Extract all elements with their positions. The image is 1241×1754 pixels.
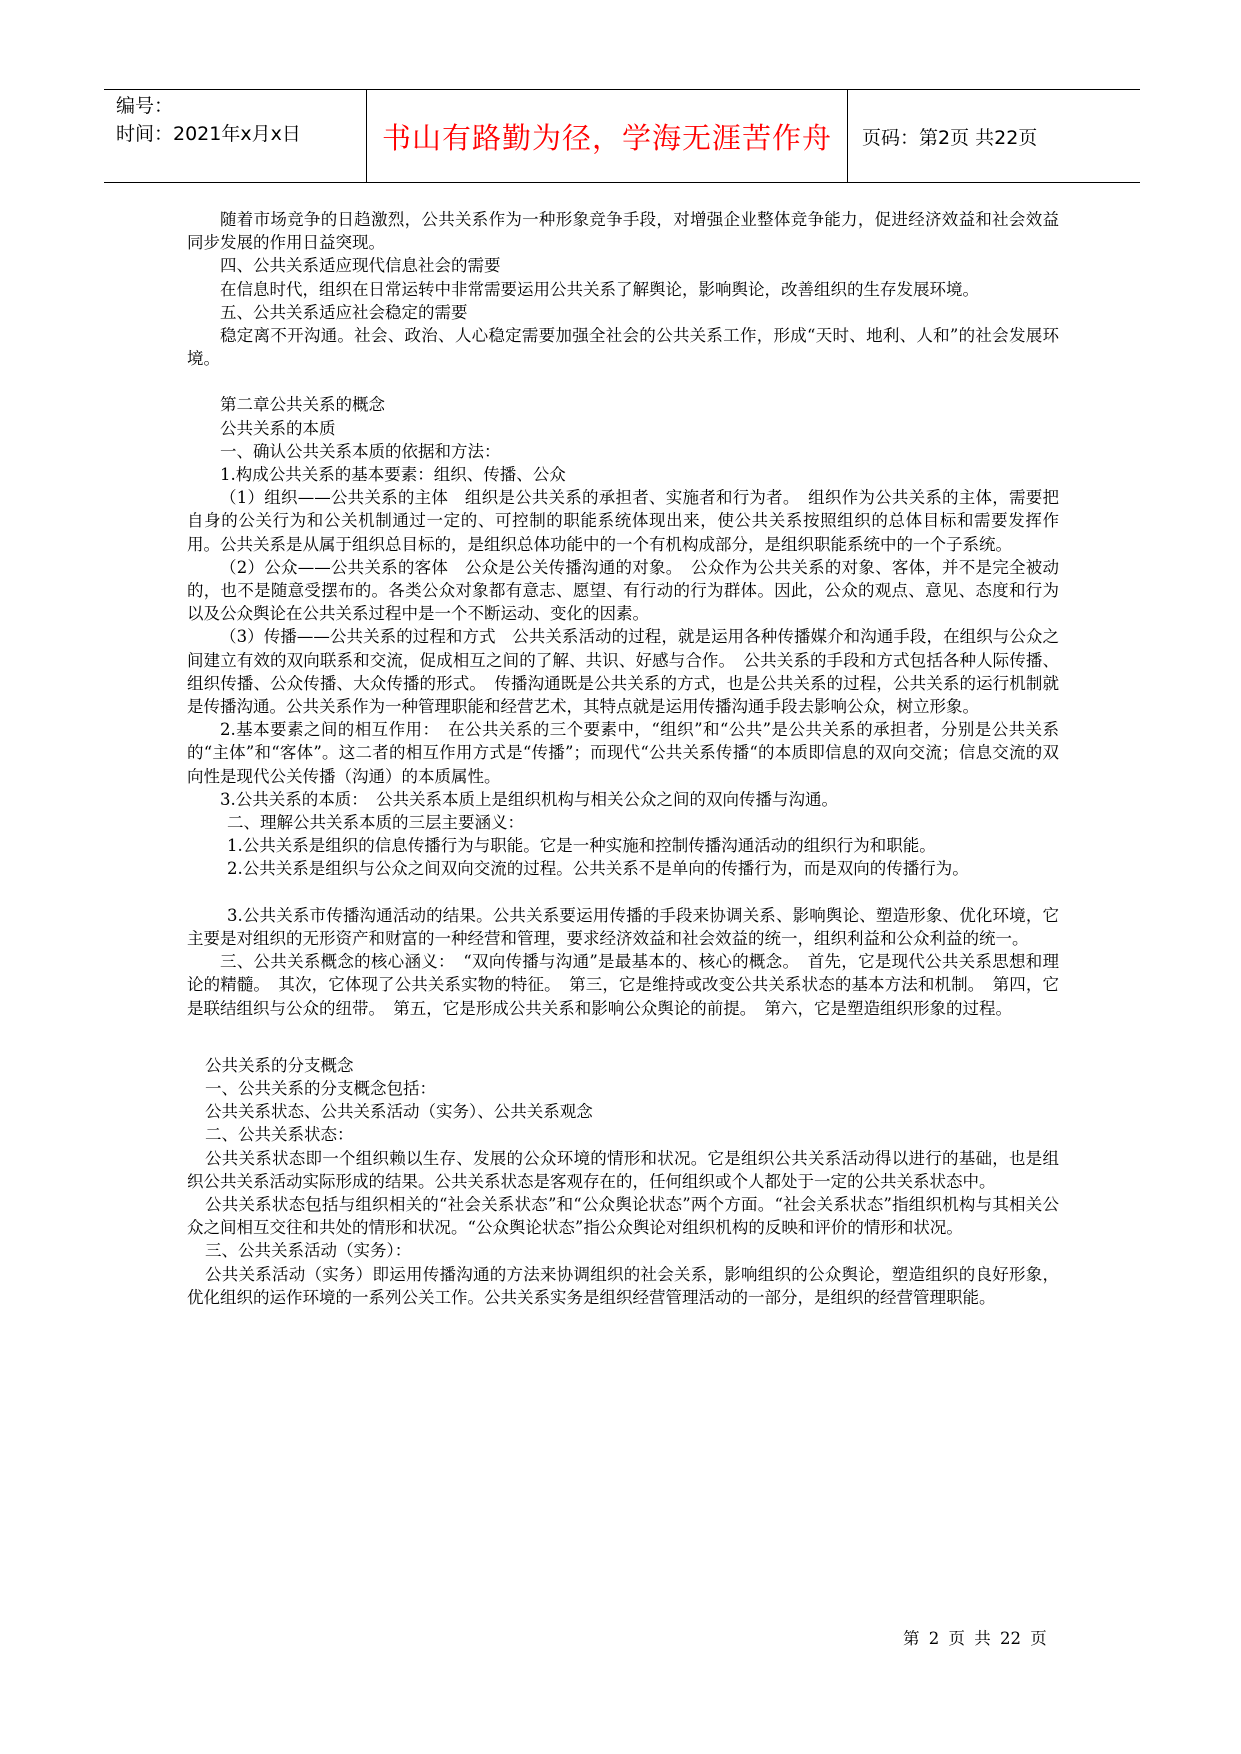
paragraph: 3.公共关系市传播沟通活动的结果。公共关系要运用传播的手段来协调关系、影响舆论、… [187, 904, 1059, 950]
document-body: 随着市场竞争的日趋激烈，公共关系作为一种形象竞争手段，对增强企业整体竞争能力，促… [187, 208, 1059, 1309]
paragraph: 3.公共关系的本质： 公共关系本质上是组织机构与相关公众之间的双向传播与沟通。 [187, 788, 1059, 811]
paragraph: （3）传播——公共关系的过程和方式 公共关系活动的过程，就是运用各种传播媒介和沟… [187, 625, 1059, 718]
section-heading: 二、理解公共关系本质的三层主要涵义： [187, 811, 1059, 834]
section-heading: 一、确认公共关系本质的依据和方法： [187, 440, 1059, 463]
spacer [187, 1020, 1059, 1054]
section-heading: 三、公共关系活动（实务）： [187, 1239, 1059, 1262]
paragraph: 2.公共关系是组织与公众之间双向交流的过程。公共关系不是单向的传播行为，而是双向… [187, 857, 1059, 880]
serial-number-label: 编号： [116, 92, 366, 120]
page-footer: 第 2 页 共 22 页 [903, 1625, 1047, 1649]
page-header: 编号： 时间：2021年x月x日 书山有路勤为径，学海无涯苦作舟 页码：第2页 … [104, 89, 1140, 183]
header-meta: 编号： 时间：2021年x月x日 [104, 90, 366, 182]
subsection-heading: 1.构成公共关系的基本要素：组织、传播、公众 [187, 463, 1059, 486]
section-heading: 五、公共关系适应社会稳定的需要 [187, 301, 1059, 324]
section-heading: 一、公共关系的分支概念包括： [187, 1077, 1059, 1100]
section-heading: 公共关系的本质 [187, 417, 1059, 440]
paragraph: （1）组织——公共关系的主体 组织是公共关系的承担者、实施者和行为者。 组织作为… [187, 486, 1059, 556]
header-page-info: 页码：第2页 共22页 [848, 90, 1140, 182]
paragraph: 公共关系状态、公共关系活动（实务）、公共关系观念 [187, 1100, 1059, 1123]
paragraph: 2.基本要素之间的相互作用： 在公共关系的三个要素中，“组织”和“公共”是公共关… [187, 718, 1059, 788]
paragraph: 公共关系状态即一个组织赖以生存、发展的公众环境的情形和状况。它是组织公共关系活动… [187, 1147, 1059, 1193]
header-motto: 书山有路勤为径，学海无涯苦作舟 [366, 90, 848, 182]
paragraph: 公共关系活动（实务）即运用传播沟通的方法来协调组织的社会关系，影响组织的公众舆论… [187, 1263, 1059, 1309]
chapter-title: 第二章公共关系的概念 [187, 393, 1059, 416]
paragraph: 公共关系状态包括与组织相关的“社会关系状态”和“公众舆论状态”两个方面。“社会关… [187, 1193, 1059, 1239]
paragraph: 在信息时代，组织在日常运转中非常需要运用公共关系了解舆论，影响舆论，改善组织的生… [187, 278, 1059, 301]
paragraph: 稳定离不开沟通。社会、政治、人心稳定需要加强全社会的公共关系工作，形成“天时、地… [187, 324, 1059, 370]
paragraph: 随着市场竞争的日趋激烈，公共关系作为一种形象竞争手段，对增强企业整体竞争能力，促… [187, 208, 1059, 254]
time-label: 时间：2021年x月x日 [116, 120, 366, 148]
paragraph: （2）公众——公共关系的客体 公众是公关传播沟通的对象。 公众作为公共关系的对象… [187, 556, 1059, 626]
section-heading: 二、公共关系状态： [187, 1123, 1059, 1146]
paragraph: 三、公共关系概念的核心涵义： “双向传播与沟通”是最基本的、核心的概念。 首先，… [187, 950, 1059, 1020]
spacer [187, 370, 1059, 393]
spacer [187, 881, 1059, 904]
section-heading: 四、公共关系适应现代信息社会的需要 [187, 254, 1059, 277]
section-heading: 公共关系的分支概念 [187, 1054, 1059, 1077]
paragraph: 1.公共关系是组织的信息传播行为与职能。它是一种实施和控制传播沟通活动的组织行为… [187, 834, 1059, 857]
